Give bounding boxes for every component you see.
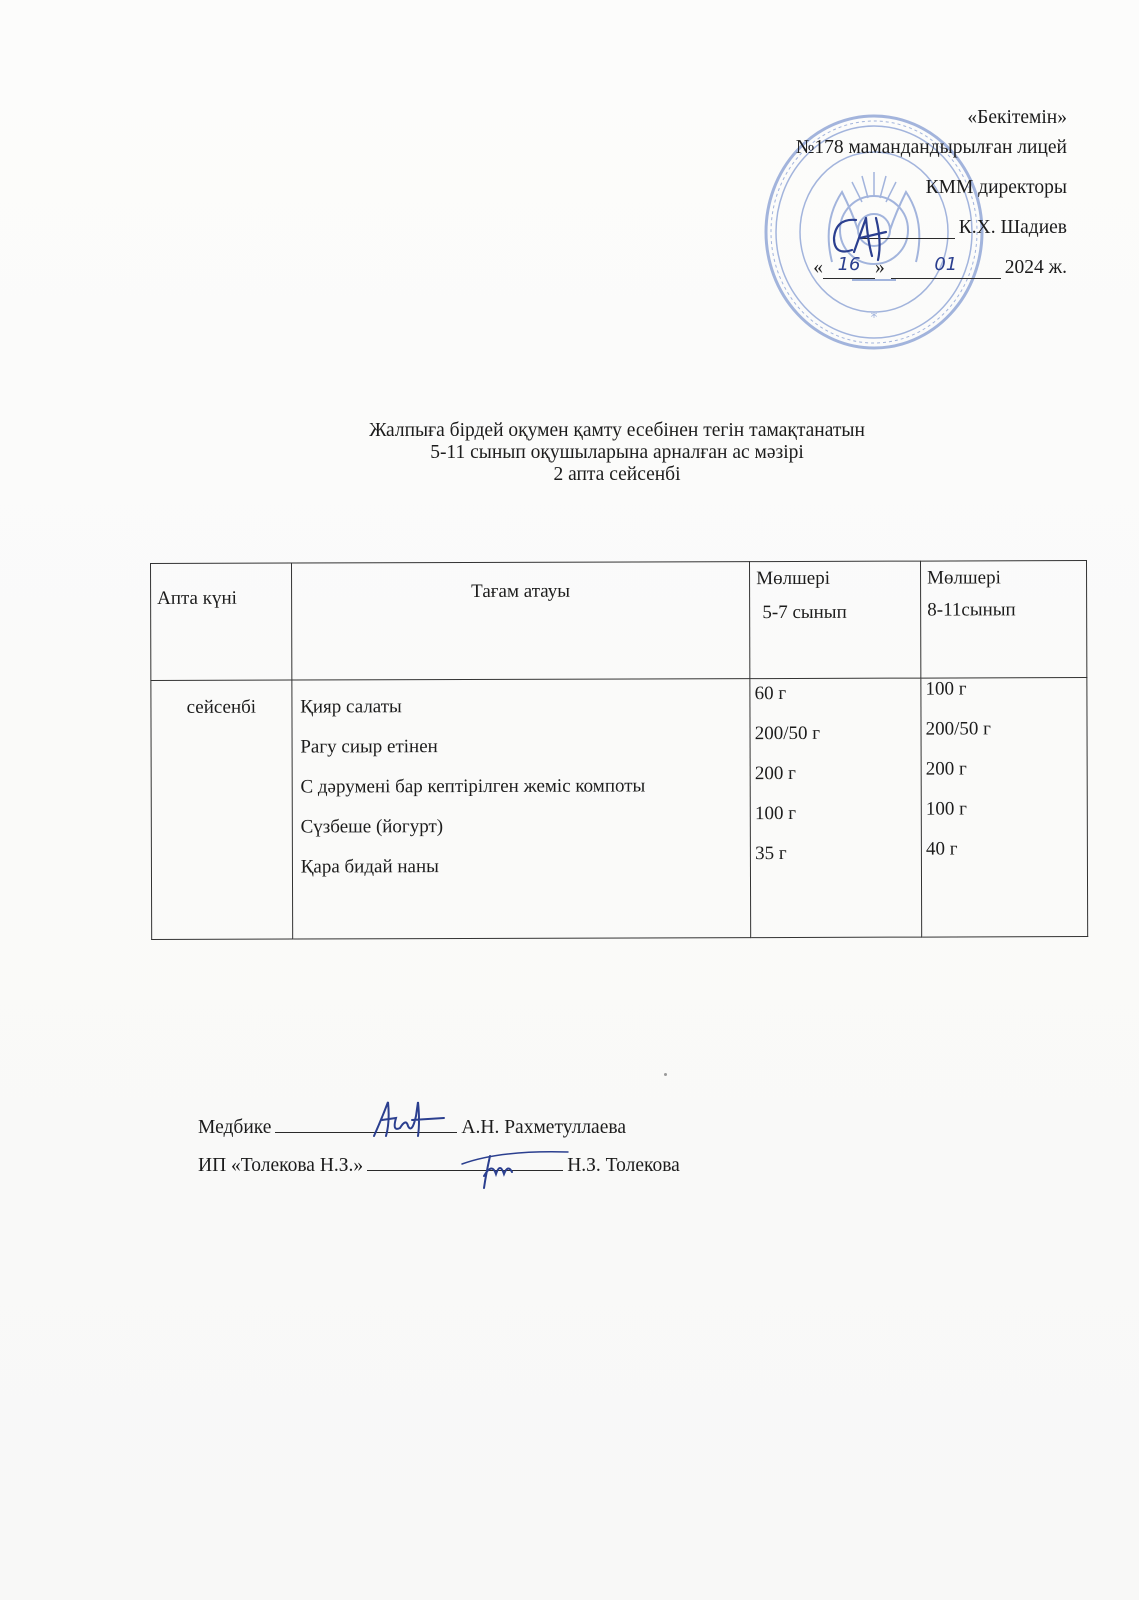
qty-item: 40 г — [926, 838, 1087, 879]
title-line-2: 5-11 сынып оқушыларына арналған ас мәзір… — [0, 442, 1139, 464]
supplier-role: ИП «Толекова Н.З.» — [198, 1155, 363, 1177]
qty-item: 35 г — [755, 843, 921, 884]
date-open-quote: « — [813, 258, 823, 278]
header-qty-8-11-grade: 8-11сынып — [927, 599, 1086, 621]
nurse-role: Медбике — [198, 1117, 271, 1139]
organization-line: №178 мамандандырылған лицей — [796, 138, 1067, 158]
menu-table: Апта күні Тағам атауы Мөлшері 5-7 сынып … — [150, 560, 1088, 940]
cell-qty-5-7: 60 г 200/50 г 200 г 100 г 35 г — [750, 678, 922, 938]
qty-item: 60 г — [755, 683, 921, 724]
qty-item: 100 г — [925, 678, 1086, 719]
nurse-name: А.Н. Рахметуллаева — [461, 1117, 626, 1139]
cell-qty-8-11: 100 г 200/50 г 200 г 100 г 40 г — [921, 678, 1088, 938]
dish-item: Рагу сиыр етінен — [300, 735, 750, 776]
cell-dishes: Қияр салаты Рагу сиыр етінен С дәрумені … — [292, 679, 751, 939]
header-qty-8-11-label: Мөлшері — [927, 567, 1001, 588]
qty-item: 200/50 г — [926, 718, 1087, 759]
table-row: сейсенбі Қияр салаты Рагу сиыр етінен С … — [151, 678, 1088, 940]
supplier-name: Н.З. Толекова — [567, 1155, 680, 1177]
dish-item: С дәрумені бар кептірілген жеміс компоты — [300, 775, 750, 816]
qty-item: 100 г — [755, 803, 921, 844]
approval-date: « 16 » 01 2024 ж. — [707, 258, 1067, 298]
header-dish: Тағам атауы — [291, 562, 750, 680]
paper-speck — [664, 1073, 667, 1076]
title-line-3: 2 апта сейсенбі — [0, 464, 1139, 486]
supplier-signature-icon — [460, 1148, 570, 1190]
header-day: Апта күні — [151, 563, 292, 680]
document-page: * «Бекітемін» №178 мамандандырылған лице… — [0, 0, 1139, 1600]
header-qty-5-7-label: Мөлшері — [756, 568, 830, 589]
svg-text:*: * — [871, 310, 878, 326]
menu-title: Жалпыға бірдей оқумен қамту есебінен тег… — [0, 420, 1139, 486]
qty-item: 200 г — [926, 758, 1087, 799]
director-name: К.Х. Шадиев — [959, 218, 1067, 238]
dish-item: Қияр салаты — [300, 695, 750, 736]
date-year: 2024 ж. — [1005, 258, 1067, 278]
qty-item: 100 г — [926, 798, 1087, 839]
qty-item: 200/50 г — [755, 723, 921, 764]
date-month-field: 01 — [891, 258, 1001, 279]
title-line-1: Жалпыға бірдей оқумен қамту есебінен тег… — [0, 420, 1139, 442]
supplier-signature-row: ИП «Толекова Н.З.» Н.З. Толекова — [198, 1152, 680, 1190]
table-header-row: Апта күні Тағам атауы Мөлшері 5-7 сынып … — [151, 561, 1087, 681]
cell-day: сейсенбі — [151, 680, 293, 939]
director-signature-icon — [826, 212, 896, 264]
header-qty-8-11: Мөлшері 8-11сынып — [921, 561, 1087, 679]
nurse-signature-icon — [368, 1098, 448, 1140]
approval-block: «Бекітемін» №178 мамандандырылған лицей … — [707, 108, 1067, 298]
qty-item: 200 г — [755, 763, 921, 804]
date-month: 01 — [891, 256, 1001, 274]
position-line: КММ директоры — [926, 178, 1067, 198]
dish-item: Қара бидай наны — [301, 855, 751, 896]
header-qty-5-7-grade: 5-7 сынып — [756, 602, 920, 625]
dish-item: Сүзбеше (йогурт) — [301, 815, 751, 856]
approval-heading: «Бекітемін» — [967, 108, 1067, 128]
header-qty-5-7: Мөлшері 5-7 сынып — [750, 561, 921, 679]
